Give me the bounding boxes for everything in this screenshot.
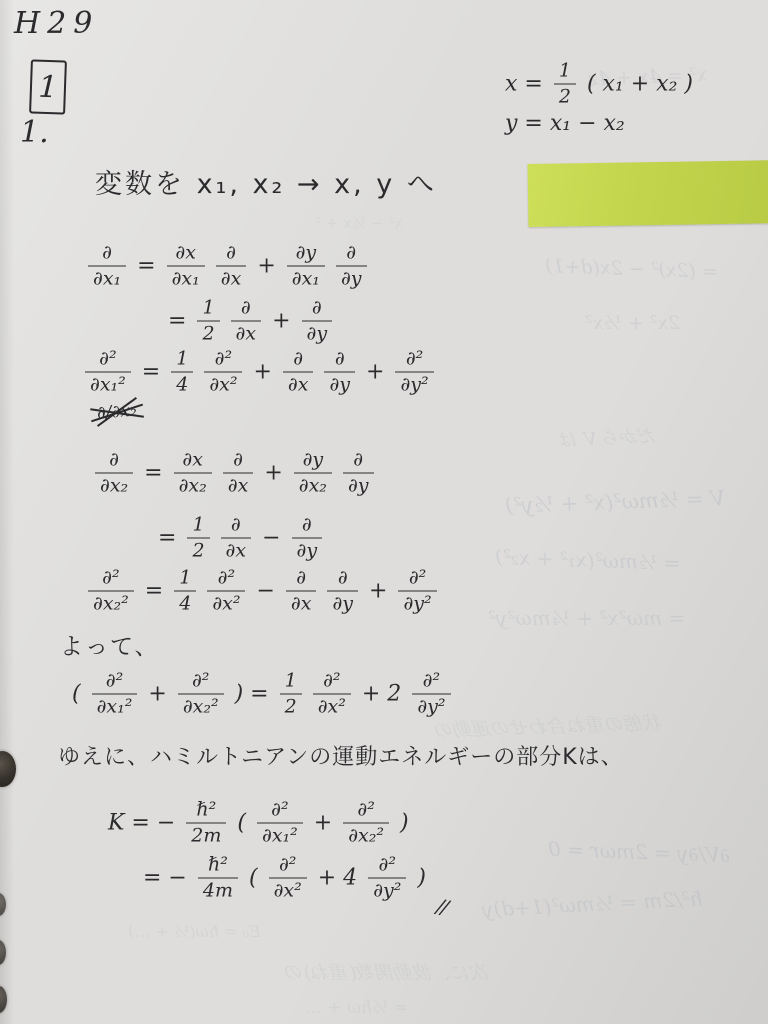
ghost-text: だから V は <box>559 421 657 452</box>
equation-d2-dx2: ∂²∂x₂²=14∂²∂x²−∂∂x∂∂y+∂²∂y² <box>88 569 437 614</box>
math-token: = <box>168 310 186 332</box>
ghost-text: = ½ℏω + … <box>305 998 408 1018</box>
sticky-note <box>528 160 768 227</box>
fraction-numerator: ∂ <box>288 350 308 372</box>
fraction: ∂²∂x² <box>269 856 307 901</box>
fraction-numerator: ∂y <box>291 244 322 266</box>
fraction: 12 <box>197 299 219 344</box>
ghost-text: 次に、波動関数(重ね)の <box>285 958 490 985</box>
fraction-denominator: ∂x <box>231 321 262 344</box>
fraction-denominator: ∂y <box>336 266 367 289</box>
fraction-numerator: ∂ <box>226 516 246 538</box>
fraction-numerator: ∂² <box>404 569 431 591</box>
fraction: ∂y∂x₂ <box>294 451 332 496</box>
fraction-denominator: ∂y² <box>395 372 433 395</box>
equation-sum: (∂²∂x₁²+∂²∂x₂²) =12∂²∂x²+ 2∂²∂y² <box>72 672 451 717</box>
crossed-out-scribble: ∂/∂x₂ <box>92 398 141 425</box>
binder-hole <box>0 986 7 1013</box>
fraction-denominator: ∂y² <box>398 591 436 614</box>
fraction-numerator: 1 <box>554 62 576 84</box>
ghost-text: = (2x)² − 2x(d+1) <box>545 255 719 283</box>
math-token: = <box>158 527 176 549</box>
fraction-numerator: ∂² <box>210 350 237 372</box>
equation-k-line1: K = −ℏ²2m(∂²∂x₁²+∂²∂x₂²) <box>108 801 409 846</box>
fraction-denominator: ∂x₁ <box>287 266 325 289</box>
fraction-denominator: 2 <box>280 694 302 717</box>
fraction: ∂²∂x₂² <box>178 672 224 717</box>
fraction: ∂²∂y² <box>395 350 433 395</box>
fraction: 12 <box>280 672 302 717</box>
fraction-numerator: ∂² <box>418 672 445 694</box>
fraction-numerator: ∂² <box>374 856 401 878</box>
equation-d2-dx1: ∂²∂x₁²=14∂²∂x²+∂∂x∂∂y+∂²∂y² <box>85 350 434 395</box>
equation-def-y: y = x₁ − x₂ <box>505 113 625 135</box>
fraction-numerator: ∂ <box>236 299 256 321</box>
math-token: = <box>145 580 163 602</box>
ghost-text: E₀ = ℏω(½ + …) <box>128 922 261 941</box>
fraction-denominator: ∂x² <box>313 694 351 717</box>
fraction-denominator: 4 <box>174 591 196 614</box>
fraction-numerator: ∂ <box>104 451 124 473</box>
fraction-numerator: 1 <box>197 299 219 321</box>
fraction: ∂∂y <box>327 569 358 614</box>
equation-d-dx1: ∂∂x₁=∂x∂x₁∂∂x+∂y∂x₁∂∂y <box>88 244 367 289</box>
math-token: + 2 <box>362 683 401 705</box>
ghost-text: 2x² + ½x² <box>585 312 680 334</box>
fraction-denominator: ∂y <box>302 321 333 344</box>
intro-line: 変数を x₁, x₂ → x, y へ <box>95 162 437 201</box>
fraction: ∂x∂x₂ <box>174 451 212 496</box>
fraction: ∂²∂y² <box>412 672 450 717</box>
fraction-numerator: 1 <box>187 516 209 538</box>
fraction-numerator: ∂ <box>291 569 311 591</box>
fraction-numerator: ∂² <box>213 569 240 591</box>
math-token: ) = <box>235 683 269 705</box>
fraction-denominator: ∂x <box>216 266 247 289</box>
fraction-denominator: ∂y² <box>368 878 406 901</box>
math-token: + <box>148 683 166 705</box>
fraction: ∂x∂x₁ <box>167 244 205 289</box>
math-token: − <box>256 580 274 602</box>
fraction-numerator: ∂ <box>307 299 327 321</box>
fraction: ∂²∂x₂² <box>343 801 389 846</box>
math-token: + <box>369 580 387 602</box>
equation-d-dx2-sub: =12∂∂x−∂∂y <box>158 516 322 561</box>
end-of-proof-mark: // <box>435 896 448 918</box>
fraction: ∂²∂x² <box>204 350 242 395</box>
fraction: ∂∂x <box>216 244 247 289</box>
math-token: ( <box>237 812 246 834</box>
fraction-denominator: ∂x <box>223 473 254 496</box>
fraction-denominator: ∂x₁² <box>257 823 303 846</box>
ghost-text: = mω²x² + ¼mω²y² <box>488 606 685 630</box>
fraction-denominator: ∂y <box>292 538 323 561</box>
fraction-numerator: ∂² <box>274 856 301 878</box>
fraction-denominator: ∂x₁ <box>167 266 205 289</box>
fraction: ∂∂x <box>231 299 262 344</box>
fraction-numerator: 1 <box>280 672 302 694</box>
fraction: ∂∂x <box>286 569 317 614</box>
boxed-problem-number: 1 <box>29 59 67 114</box>
fraction-numerator: ∂ <box>97 244 117 266</box>
fraction-denominator: ∂x₂² <box>178 694 224 717</box>
fraction-numerator: 1 <box>174 569 196 591</box>
fraction-numerator: ∂ <box>297 516 317 538</box>
fraction: 12 <box>187 516 209 561</box>
math-token: ( <box>72 683 81 705</box>
math-token: = − <box>143 867 187 889</box>
fraction-numerator: ∂ <box>221 244 241 266</box>
fraction-numerator: ∂y <box>298 451 329 473</box>
math-token: y = x₁ − x₂ <box>505 113 625 135</box>
fraction-numerator: ∂² <box>97 569 124 591</box>
fraction: ∂∂x <box>283 350 314 395</box>
math-token: = <box>144 462 162 484</box>
fraction-denominator: ∂x₂² <box>343 823 389 846</box>
fraction: ∂∂y <box>343 451 374 496</box>
math-token: = <box>137 255 155 277</box>
equation-def-x: x =12( x₁ + x₂ ) <box>505 62 693 107</box>
math-token: + <box>264 462 282 484</box>
fraction-numerator: ∂x <box>170 244 201 266</box>
fraction-denominator: ∂y² <box>412 694 450 717</box>
fraction: ∂²∂x₂² <box>88 569 134 614</box>
fraction-denominator: 2 <box>554 84 576 107</box>
equation-d-dx2: ∂∂x₂=∂x∂x₂∂∂x+∂y∂x₂∂∂y <box>95 451 374 496</box>
fraction-denominator: 4m <box>198 878 238 901</box>
fraction: 14 <box>171 350 193 395</box>
binder-hole <box>0 751 16 787</box>
fraction-denominator: ∂x₂ <box>174 473 212 496</box>
fraction: ∂∂x <box>221 516 252 561</box>
fraction-denominator: 2 <box>187 538 209 561</box>
fraction-numerator: ∂² <box>187 672 214 694</box>
fraction-denominator: ∂y <box>327 591 358 614</box>
fraction-numerator: ∂² <box>401 350 428 372</box>
fraction: ∂²∂x² <box>207 569 245 614</box>
fraction: ∂∂x₂ <box>95 451 133 496</box>
ghost-text: 状態の重ね合わせの運動の <box>435 708 664 743</box>
fraction-denominator: ∂x² <box>204 372 242 395</box>
fraction-denominator: ∂y <box>324 372 355 395</box>
fraction-numerator: ∂ <box>330 350 350 372</box>
ghost-text: = ½mω²(x₁² + x₂²) <box>495 545 681 575</box>
binder-hole <box>0 940 6 965</box>
fraction-numerator: ∂ <box>228 451 248 473</box>
ghost-text: ∂V/∂y = 2mωr = 0 <box>548 837 731 867</box>
math-token: K = − <box>108 812 175 834</box>
math-token: ( <box>249 867 258 889</box>
fraction-denominator: ∂x₂² <box>88 591 134 614</box>
fraction-denominator: ∂y <box>343 473 374 496</box>
fraction-numerator: ∂ <box>348 451 368 473</box>
hence-line: ゆえに、ハミルトニアンの運動エネルギーの部分Kは、 <box>58 740 624 771</box>
math-token: = <box>142 361 160 383</box>
fraction: ∂∂y <box>336 244 367 289</box>
fraction-numerator: ∂² <box>318 672 345 694</box>
math-token: ) <box>417 867 426 889</box>
fraction-denominator: ∂x₁ <box>88 266 126 289</box>
fraction-numerator: ∂x <box>177 451 208 473</box>
fraction-denominator: ∂x₂ <box>294 473 332 496</box>
fraction: ∂∂y <box>302 299 333 344</box>
fraction-numerator: ∂² <box>101 672 128 694</box>
equation-k-line2: = −ℏ²4m(∂²∂x²+ 4∂²∂y²)// <box>143 856 446 901</box>
fraction-denominator: ∂x₂ <box>95 473 133 496</box>
fraction-denominator: ∂x₁² <box>85 372 131 395</box>
fraction: ∂²∂x² <box>313 672 351 717</box>
fraction: ∂²∂x₁² <box>257 801 303 846</box>
math-token: ) <box>400 812 409 834</box>
fraction: ℏ²2m <box>186 801 226 846</box>
fraction-denominator: 4 <box>171 372 193 395</box>
fraction-numerator: ℏ² <box>191 801 221 823</box>
fraction-denominator: ∂x² <box>269 878 307 901</box>
fraction: 12 <box>554 62 576 107</box>
fraction-numerator: ∂ <box>341 244 361 266</box>
fraction-numerator: ℏ² <box>203 856 233 878</box>
year-label: H29 <box>14 6 99 41</box>
math-token: + <box>257 255 275 277</box>
math-token: ( x₁ + x₂ ) <box>587 73 693 95</box>
math-token: + <box>272 310 290 332</box>
fraction-numerator: ∂² <box>352 801 379 823</box>
fraction-numerator: ∂ <box>333 569 353 591</box>
fraction: ∂²∂x₁² <box>85 350 131 395</box>
math-token: x = <box>505 73 543 95</box>
problem-number: 1 <box>38 69 58 105</box>
ghost-text: x² − ½x + ² <box>315 214 403 232</box>
fraction: ∂∂y <box>292 516 323 561</box>
therefore-line: よって、 <box>60 628 160 661</box>
fraction: ℏ²4m <box>198 856 238 901</box>
equation-d-dx1-sub: =12∂∂x+∂∂y <box>168 299 332 344</box>
ghost-text: V = ½mω²(x² + ½y²) <box>505 486 726 518</box>
fraction-numerator: ∂² <box>94 350 121 372</box>
math-token: + <box>253 361 271 383</box>
sub-number: 1. <box>20 115 49 150</box>
fraction: ∂²∂y² <box>368 856 406 901</box>
notebook-page: x² = 4x + 4z = (2x)² − 2x(d+1) 2x² + ½x²… <box>0 0 768 1024</box>
fraction: ∂∂y <box>324 350 355 395</box>
fraction-denominator: 2 <box>197 321 219 344</box>
fraction-numerator: ∂² <box>266 801 293 823</box>
fraction: ∂²∂x₁² <box>92 672 138 717</box>
math-token: + <box>314 812 332 834</box>
fraction: 14 <box>174 569 196 614</box>
fraction-denominator: ∂x <box>283 372 314 395</box>
fraction-denominator: ∂x₁² <box>92 694 138 717</box>
fraction-denominator: 2m <box>186 823 226 846</box>
fraction-denominator: ∂x <box>286 591 317 614</box>
fraction: ∂y∂x₁ <box>287 244 325 289</box>
fraction: ∂²∂y² <box>398 569 436 614</box>
fraction: ∂∂x <box>223 451 254 496</box>
fraction-numerator: 1 <box>171 350 193 372</box>
fraction: ∂∂x₁ <box>88 244 126 289</box>
ghost-text: ℏ²/2m = ½mω²(1+d)y <box>482 886 704 922</box>
fraction-denominator: ∂x <box>221 538 252 561</box>
math-token: + <box>366 361 384 383</box>
math-token: + 4 <box>318 867 357 889</box>
fraction-denominator: ∂x² <box>207 591 245 614</box>
binder-hole <box>0 893 6 916</box>
math-token: − <box>262 527 280 549</box>
